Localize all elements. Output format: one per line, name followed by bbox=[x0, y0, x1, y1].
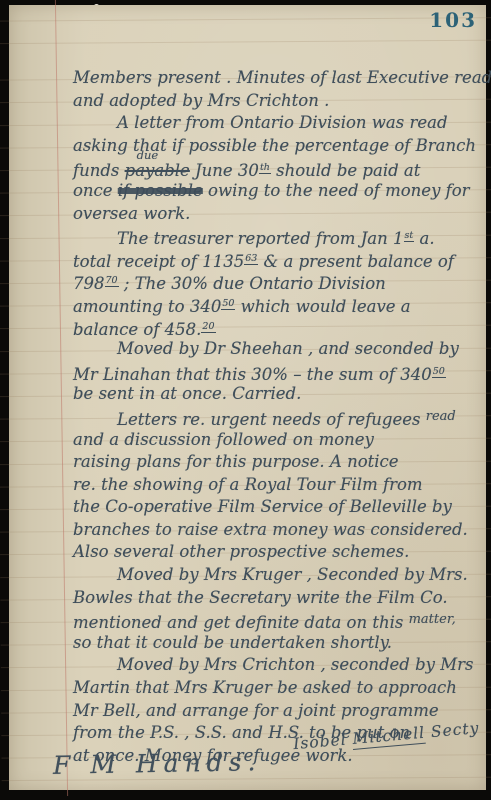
correction: payabledue bbox=[125, 160, 190, 183]
handwriting-line: re. the showing of a Royal Tour Film fro… bbox=[73, 474, 480, 497]
text-segment: so that it could be undertaken shortly. bbox=[73, 633, 392, 652]
handwriting-line: raising plans for this purpose. A notice bbox=[73, 451, 480, 474]
text-segment: 63 bbox=[244, 253, 258, 265]
text-segment: Also several other prospective schemes. bbox=[73, 542, 409, 561]
handwriting-line: Members present . Minutes of last Execut… bbox=[73, 67, 480, 90]
handwriting-line: Mr Linahan that this 30% – the sum of 34… bbox=[73, 361, 480, 384]
handwriting-line: and a discussion followed on money bbox=[73, 429, 480, 452]
text-segment: and adopted by Mrs Crichton . bbox=[73, 91, 329, 110]
text-segment: Moved by Dr Sheehan , and seconded by bbox=[117, 339, 459, 358]
handwriting-line: total receipt of 113563 & a present bala… bbox=[73, 248, 480, 271]
handwriting-line: funds payabledue June 30th should be pai… bbox=[73, 157, 480, 180]
text-segment: Moved by Mrs Crichton , seconded by Mrs bbox=[117, 655, 473, 674]
text-segment: oversea work. bbox=[73, 204, 190, 223]
minute-book-page: 103 Members present . Minutes of last Ex… bbox=[9, 5, 486, 790]
handwriting-line: so that it could be undertaken shortly. bbox=[73, 632, 480, 655]
text-segment: should be paid at bbox=[271, 161, 421, 180]
handwriting-line: Mr Bell, and arrange for a joint program… bbox=[73, 700, 480, 723]
handwriting-line: Bowles that the Secretary write the Film… bbox=[73, 587, 480, 610]
handwriting-line: Moved by Mrs Crichton , seconded by Mrs bbox=[73, 654, 480, 677]
signature-f-m-hands: F M Hands. bbox=[53, 747, 262, 780]
text-segment: be sent in at once. Carried. bbox=[73, 384, 301, 403]
text-segment: A letter from Ontario Division was read bbox=[117, 113, 448, 132]
handwriting-line: and adopted by Mrs Crichton . bbox=[73, 90, 480, 113]
text-segment: owing to the need of money for bbox=[203, 181, 470, 200]
text-segment: if possible bbox=[118, 181, 203, 200]
text-segment: 50 bbox=[432, 366, 446, 378]
text-segment: The treasurer reported from Jan 1 bbox=[117, 229, 404, 248]
handwriting-line: 79870 ; The 30% due Ontario Division bbox=[73, 270, 480, 293]
text-segment: balance of 458. bbox=[73, 320, 201, 339]
handwriting-line: The treasurer reported from Jan 1st a. bbox=[73, 225, 480, 248]
text-segment: mentioned and get definite data on this bbox=[73, 613, 409, 632]
handwriting-line: balance of 458.20 bbox=[73, 316, 480, 339]
text-segment: funds bbox=[73, 161, 125, 180]
handwriting-line: be sent in at once. Carried. bbox=[73, 383, 480, 406]
text-segment: 50 bbox=[221, 298, 235, 310]
handwriting-line: Also several other prospective schemes. bbox=[73, 541, 480, 564]
handwriting-line: Martin that Mrs Kruger be asked to appro… bbox=[73, 677, 480, 700]
page-number: 103 bbox=[429, 8, 477, 32]
text-segment: Moved by Mrs Kruger , Seconded by Mrs. bbox=[117, 565, 468, 584]
handwriting-line: Moved by Dr Sheehan , and seconded by bbox=[73, 338, 480, 361]
text-segment: raising plans for this purpose. A notice bbox=[73, 452, 399, 471]
handwritten-text: Members present . Minutes of last Execut… bbox=[73, 67, 480, 767]
handwriting-line: Moved by Mrs Kruger , Seconded by Mrs. bbox=[73, 564, 480, 587]
text-segment: payable bbox=[125, 161, 190, 180]
inserted-word: due bbox=[137, 150, 159, 161]
text-segment: re. the showing of a Royal Tour Film fro… bbox=[73, 475, 423, 494]
text-segment: th bbox=[259, 162, 271, 174]
handwriting-line: once if possible owing to the need of mo… bbox=[73, 180, 480, 203]
text-segment: Mr Bell, and arrange for a joint program… bbox=[73, 701, 439, 720]
handwriting-line: the Co-operative Film Service of Bellevi… bbox=[73, 496, 480, 519]
text-segment: Martin that Mrs Kruger be asked to appro… bbox=[73, 678, 457, 697]
text-segment: 798 bbox=[73, 274, 105, 293]
text-segment: matter, bbox=[409, 612, 456, 627]
text-segment: a. bbox=[414, 229, 434, 248]
handwriting-line: branches to raise extra money was consid… bbox=[73, 519, 480, 542]
text-segment: 20 bbox=[201, 321, 215, 333]
text-segment: the Co-operative Film Service of Bellevi… bbox=[73, 497, 452, 516]
text-segment: read bbox=[426, 409, 456, 424]
text-segment: st bbox=[404, 230, 415, 242]
text-segment: Letters re. urgent needs of refugees bbox=[117, 410, 426, 429]
handwriting-line: mentioned and get definite data on this … bbox=[73, 609, 480, 632]
handwriting-line: asking that if possible the percentage o… bbox=[73, 135, 480, 158]
handwriting-line: A letter from Ontario Division was read bbox=[73, 112, 480, 135]
text-segment: ; The 30% due Ontario Division bbox=[119, 274, 386, 293]
handwriting-line: oversea work. bbox=[73, 203, 480, 226]
text-segment: and a discussion followed on money bbox=[73, 430, 374, 449]
text-segment: asking that if possible the percentage o… bbox=[73, 136, 476, 155]
text-segment: total receipt of 1135 bbox=[73, 252, 244, 271]
handwriting-line: Letters re. urgent needs of refugees rea… bbox=[73, 406, 480, 429]
text-segment: amounting to 340 bbox=[73, 297, 221, 316]
text-segment: Mr Linahan that this 30% – the sum of 34… bbox=[73, 365, 432, 384]
text-segment: Bowles that the Secretary write the Film… bbox=[73, 588, 448, 607]
text-segment: Members present . Minutes of last Execut… bbox=[73, 68, 491, 87]
text-segment: once bbox=[73, 181, 118, 200]
text-segment: June 30 bbox=[190, 161, 259, 180]
text-segment: which would leave a bbox=[235, 297, 410, 316]
text-segment: branches to raise extra money was consid… bbox=[73, 520, 468, 539]
handwriting-line: amounting to 34050 which would leave a bbox=[73, 293, 480, 316]
text-segment: 70 bbox=[105, 275, 119, 287]
text-segment: & a present balance of bbox=[258, 252, 454, 271]
